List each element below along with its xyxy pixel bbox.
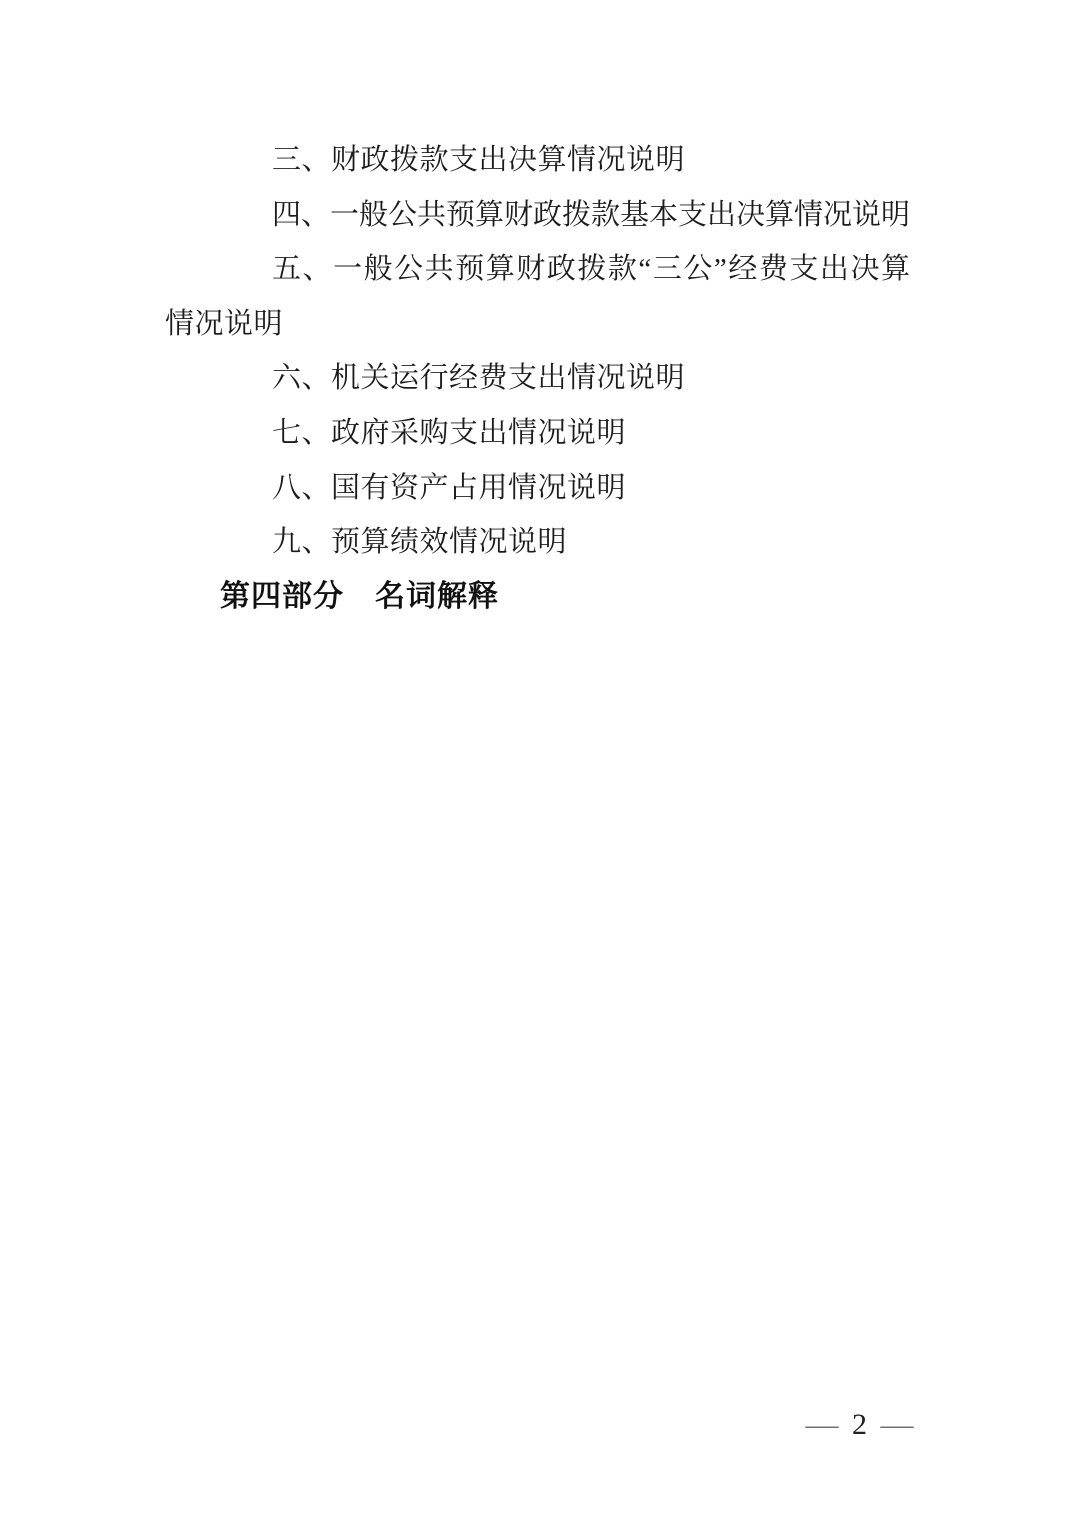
toc-line: 四、一般公共预算财政拨款基本支出决算情况说明	[165, 188, 910, 243]
footer-dash-right: —	[881, 1406, 914, 1444]
toc-line: 八、国有资产占用情况说明	[165, 461, 910, 516]
page-footer: — 2 —	[807, 1406, 912, 1444]
toc-content: 三、财政拨款支出决算情况说明 四、一般公共预算财政拨款基本支出决算情况说明 五、…	[165, 133, 910, 624]
toc-line: 九、预算绩效情况说明	[165, 515, 910, 570]
toc-line: 七、政府采购支出情况说明	[165, 406, 910, 461]
toc-line: 五、一般公共预算财政拨款“三公”经费支出决算	[165, 242, 910, 297]
document-page: 三、财政拨款支出决算情况说明 四、一般公共预算财政拨款基本支出决算情况说明 五、…	[0, 0, 1074, 1520]
toc-line: 三、财政拨款支出决算情况说明	[165, 133, 910, 188]
page-number: 2	[852, 1406, 867, 1444]
toc-line: 六、机关运行经费支出情况说明	[165, 351, 910, 406]
toc-line-continuation: 情况说明	[165, 297, 910, 352]
footer-dash-left: —	[806, 1406, 839, 1444]
section-heading: 第四部分 名词解释	[165, 570, 910, 625]
